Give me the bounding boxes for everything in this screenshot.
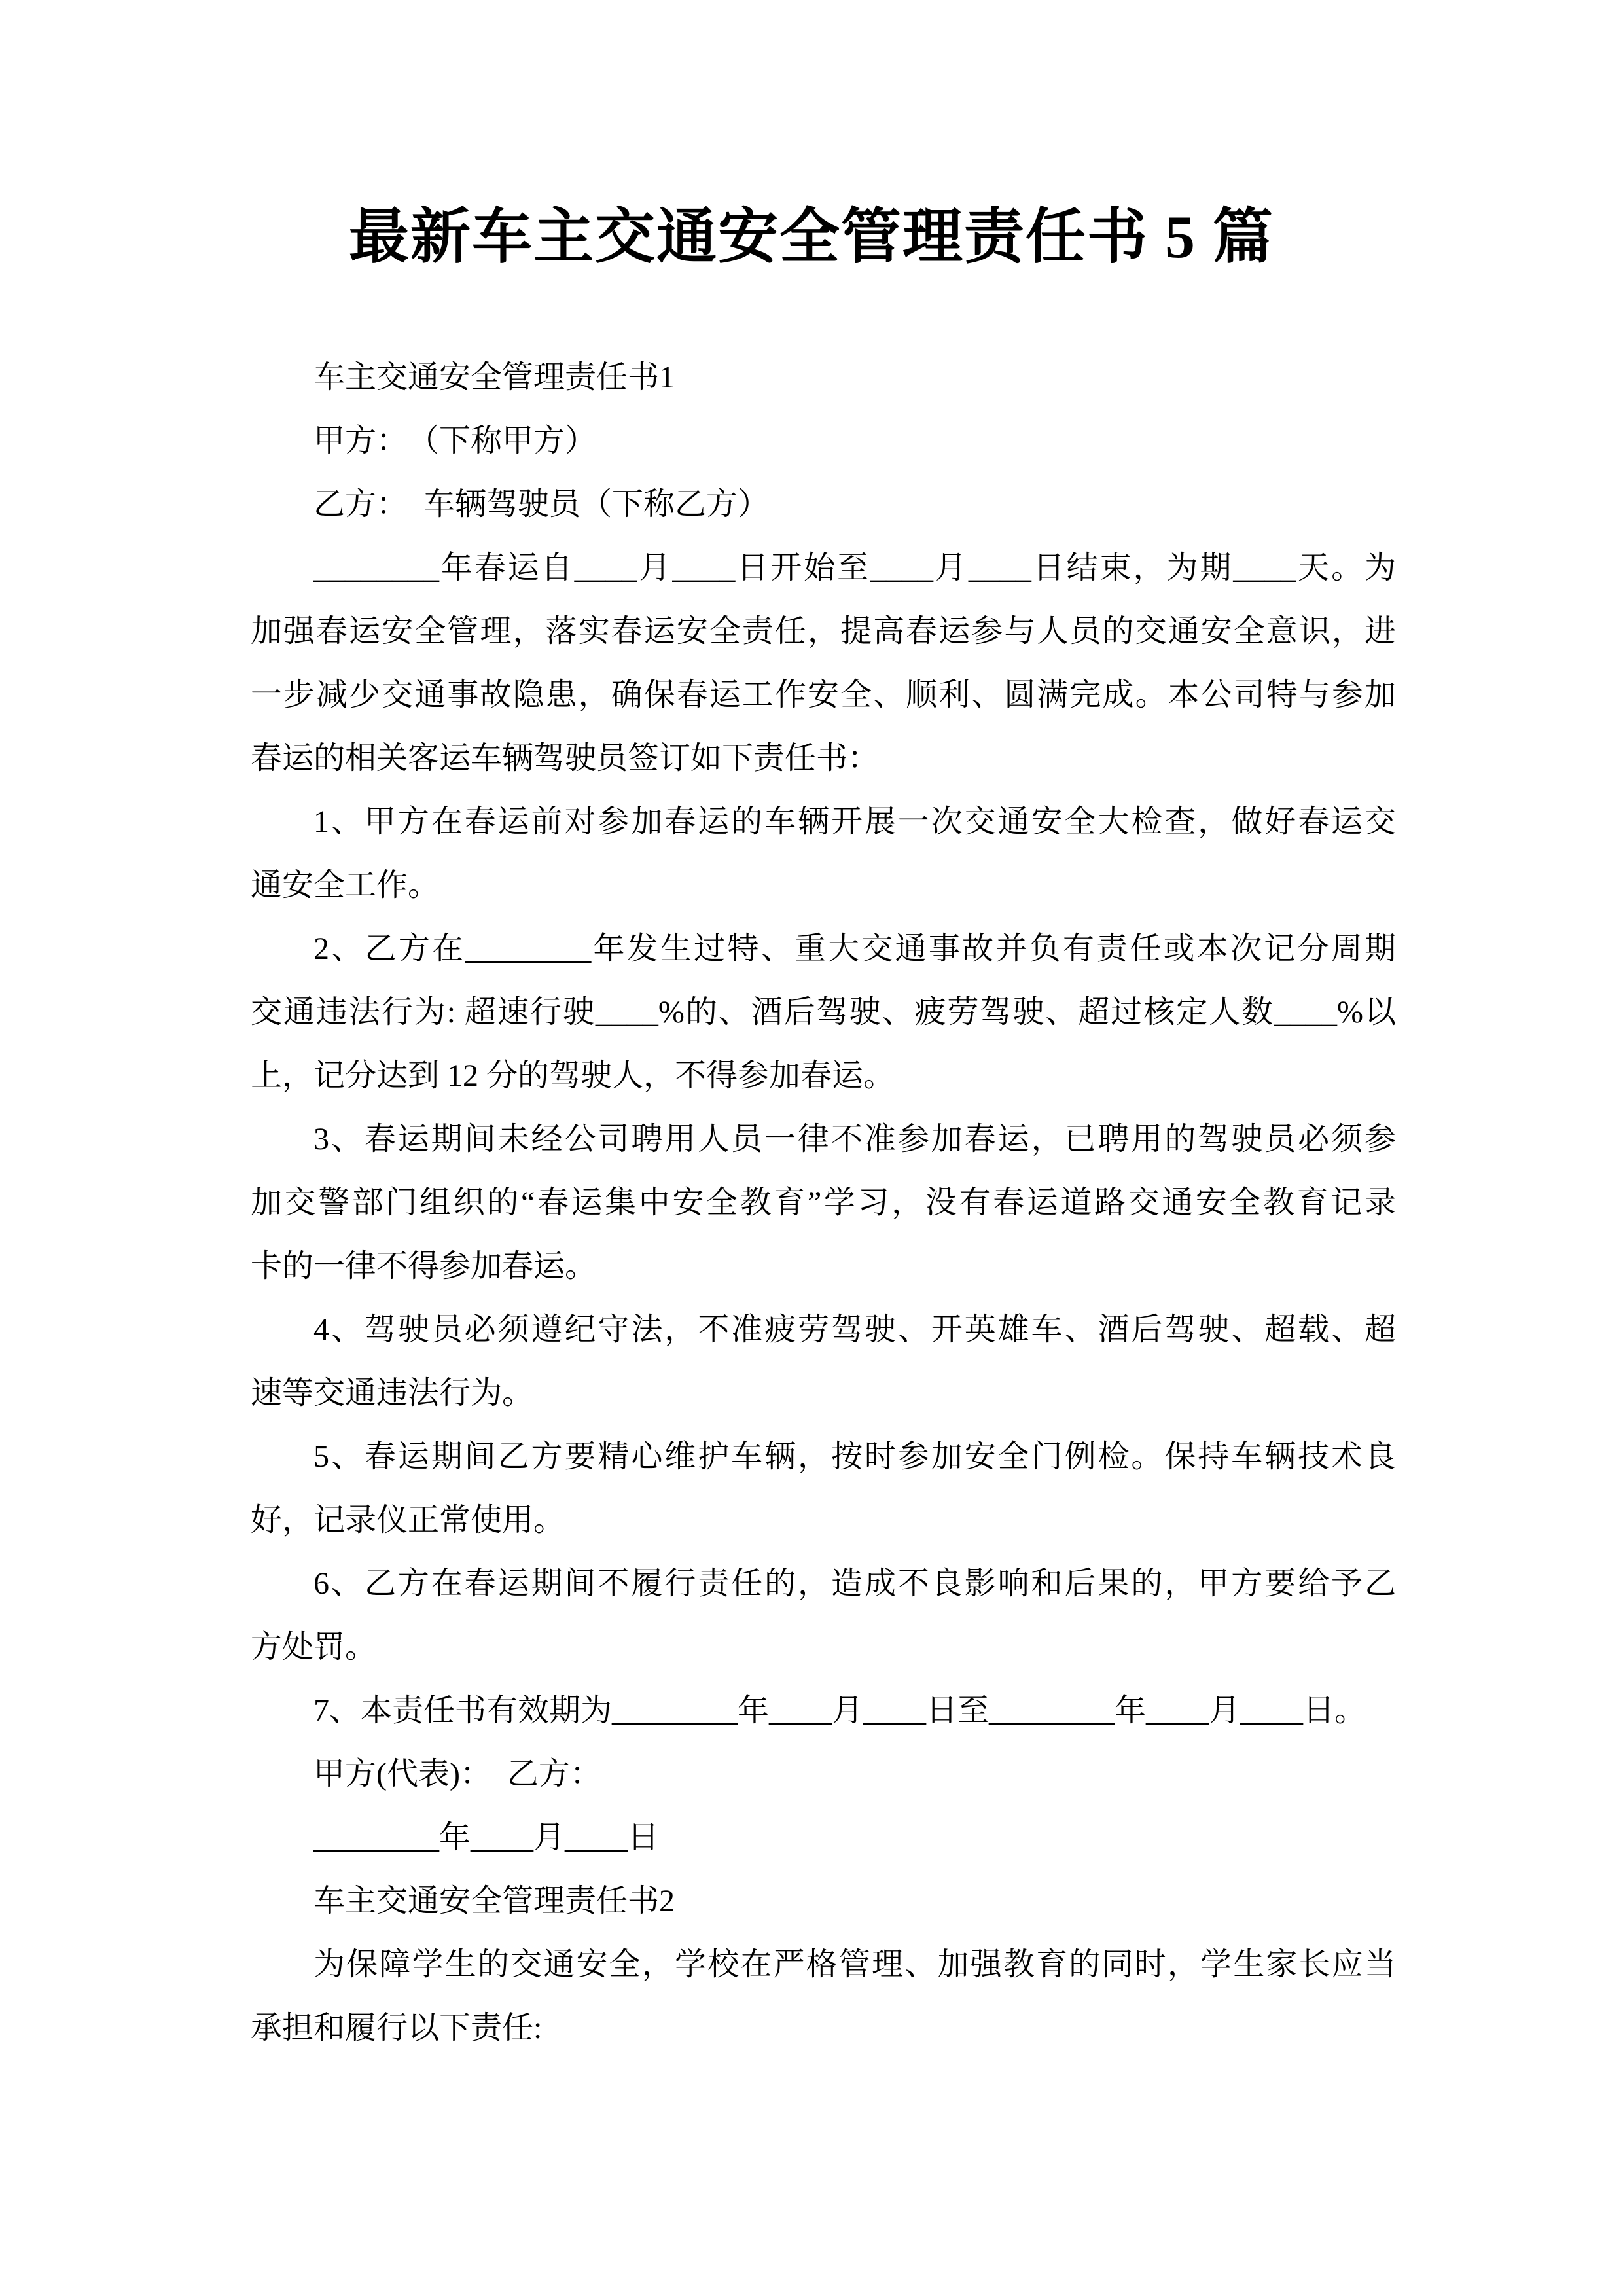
text-line: 为保障学生的交通安全，学校在严格管理、加强教育的同时，学生家长应当	[251, 1933, 1396, 1996]
paragraph: ________年____月____日	[251, 1806, 1396, 1869]
paragraph: 6、乙方在春运期间不履行责任的，造成不良影响和后果的，甲方要给予乙方处罚。	[251, 1552, 1396, 1679]
text-line: 交通违法行为: 超速行驶____%的、酒后驾驶、疲劳驾驶、超过核定人数____%…	[251, 980, 1396, 1044]
paragraph: 7、本责任书有效期为________年____月____日至________年_…	[251, 1679, 1396, 1742]
text-line: 7、本责任书有效期为________年____月____日至________年_…	[251, 1679, 1396, 1742]
paragraph: 车主交通安全管理责任书2	[251, 1869, 1396, 1933]
text-line: 4、驾驶员必须遵纪守法，不准疲劳驾驶、开英雄车、酒后驾驶、超载、超	[251, 1298, 1396, 1361]
text-line: 春运的相关客运车辆驾驶员签订如下责任书：	[251, 726, 1396, 790]
text-line: 一步减少交通事故隐患，确保春运工作安全、顺利、圆满完成。本公司特与参加	[251, 663, 1396, 726]
document-title: 最新车主交通安全管理责任书 5 篇	[0, 204, 1623, 270]
text-line: 甲方： （下称甲方）	[251, 409, 1396, 473]
text-line: 好，记录仪正常使用。	[251, 1488, 1396, 1552]
text-line: 车主交通安全管理责任书2	[251, 1869, 1396, 1933]
paragraph: 为保障学生的交通安全，学校在严格管理、加强教育的同时，学生家长应当承担和履行以下…	[251, 1933, 1396, 2060]
text-line: 承担和履行以下责任:	[251, 1996, 1396, 2060]
paragraph: 1、甲方在春运前对参加春运的车辆开展一次交通安全大检查，做好春运交通安全工作。	[251, 790, 1396, 917]
document-body: 车主交通安全管理责任书1甲方： （下称甲方）乙方： 车辆驾驶员（下称乙方）___…	[251, 346, 1396, 2060]
document-page: 最新车主交通安全管理责任书 5 篇 车主交通安全管理责任书1甲方： （下称甲方）…	[0, 0, 1623, 2296]
text-line: 2、乙方在________年发生过特、重大交通事故并负有责任或本次记分周期	[251, 917, 1396, 980]
paragraph: 车主交通安全管理责任书1	[251, 346, 1396, 409]
text-line: 3、春运期间未经公司聘用人员一律不准参加春运，已聘用的驾驶员必须参	[251, 1107, 1396, 1171]
paragraph: 5、春运期间乙方要精心维护车辆，按时参加安全门例检。保持车辆技术良好，记录仪正常…	[251, 1425, 1396, 1552]
paragraph: ________年春运自____月____日开始至____月____日结束，为期…	[251, 536, 1396, 790]
paragraph: 3、春运期间未经公司聘用人员一律不准参加春运，已聘用的驾驶员必须参加交警部门组织…	[251, 1107, 1396, 1298]
text-line: 6、乙方在春运期间不履行责任的，造成不良影响和后果的，甲方要给予乙	[251, 1552, 1396, 1615]
text-line: 车主交通安全管理责任书1	[251, 346, 1396, 409]
text-line: 通安全工作。	[251, 853, 1396, 917]
paragraph: 4、驾驶员必须遵纪守法，不准疲劳驾驶、开英雄车、酒后驾驶、超载、超速等交通违法行…	[251, 1298, 1396, 1425]
text-line: 加强春运安全管理，落实春运安全责任，提高春运参与人员的交通安全意识，进	[251, 600, 1396, 663]
text-line: ________年春运自____月____日开始至____月____日结束，为期…	[251, 536, 1396, 600]
text-line: 加交警部门组织的“春运集中安全教育”学习，没有春运道路交通安全教育记录	[251, 1171, 1396, 1234]
paragraph: 甲方(代表)： 乙方：	[251, 1742, 1396, 1806]
text-line: ________年____月____日	[251, 1806, 1396, 1869]
text-line: 卡的一律不得参加春运。	[251, 1234, 1396, 1298]
paragraph: 2、乙方在________年发生过特、重大交通事故并负有责任或本次记分周期交通违…	[251, 917, 1396, 1107]
paragraph: 甲方： （下称甲方）	[251, 409, 1396, 473]
text-line: 5、春运期间乙方要精心维护车辆，按时参加安全门例检。保持车辆技术良	[251, 1425, 1396, 1488]
text-line: 乙方： 车辆驾驶员（下称乙方）	[251, 473, 1396, 536]
text-line: 方处罚。	[251, 1615, 1396, 1679]
paragraph: 乙方： 车辆驾驶员（下称乙方）	[251, 473, 1396, 536]
text-line: 1、甲方在春运前对参加春运的车辆开展一次交通安全大检查，做好春运交	[251, 790, 1396, 853]
text-line: 上，记分达到 12 分的驾驶人，不得参加春运。	[251, 1044, 1396, 1107]
text-line: 甲方(代表)： 乙方：	[251, 1742, 1396, 1806]
text-line: 速等交通违法行为。	[251, 1361, 1396, 1425]
